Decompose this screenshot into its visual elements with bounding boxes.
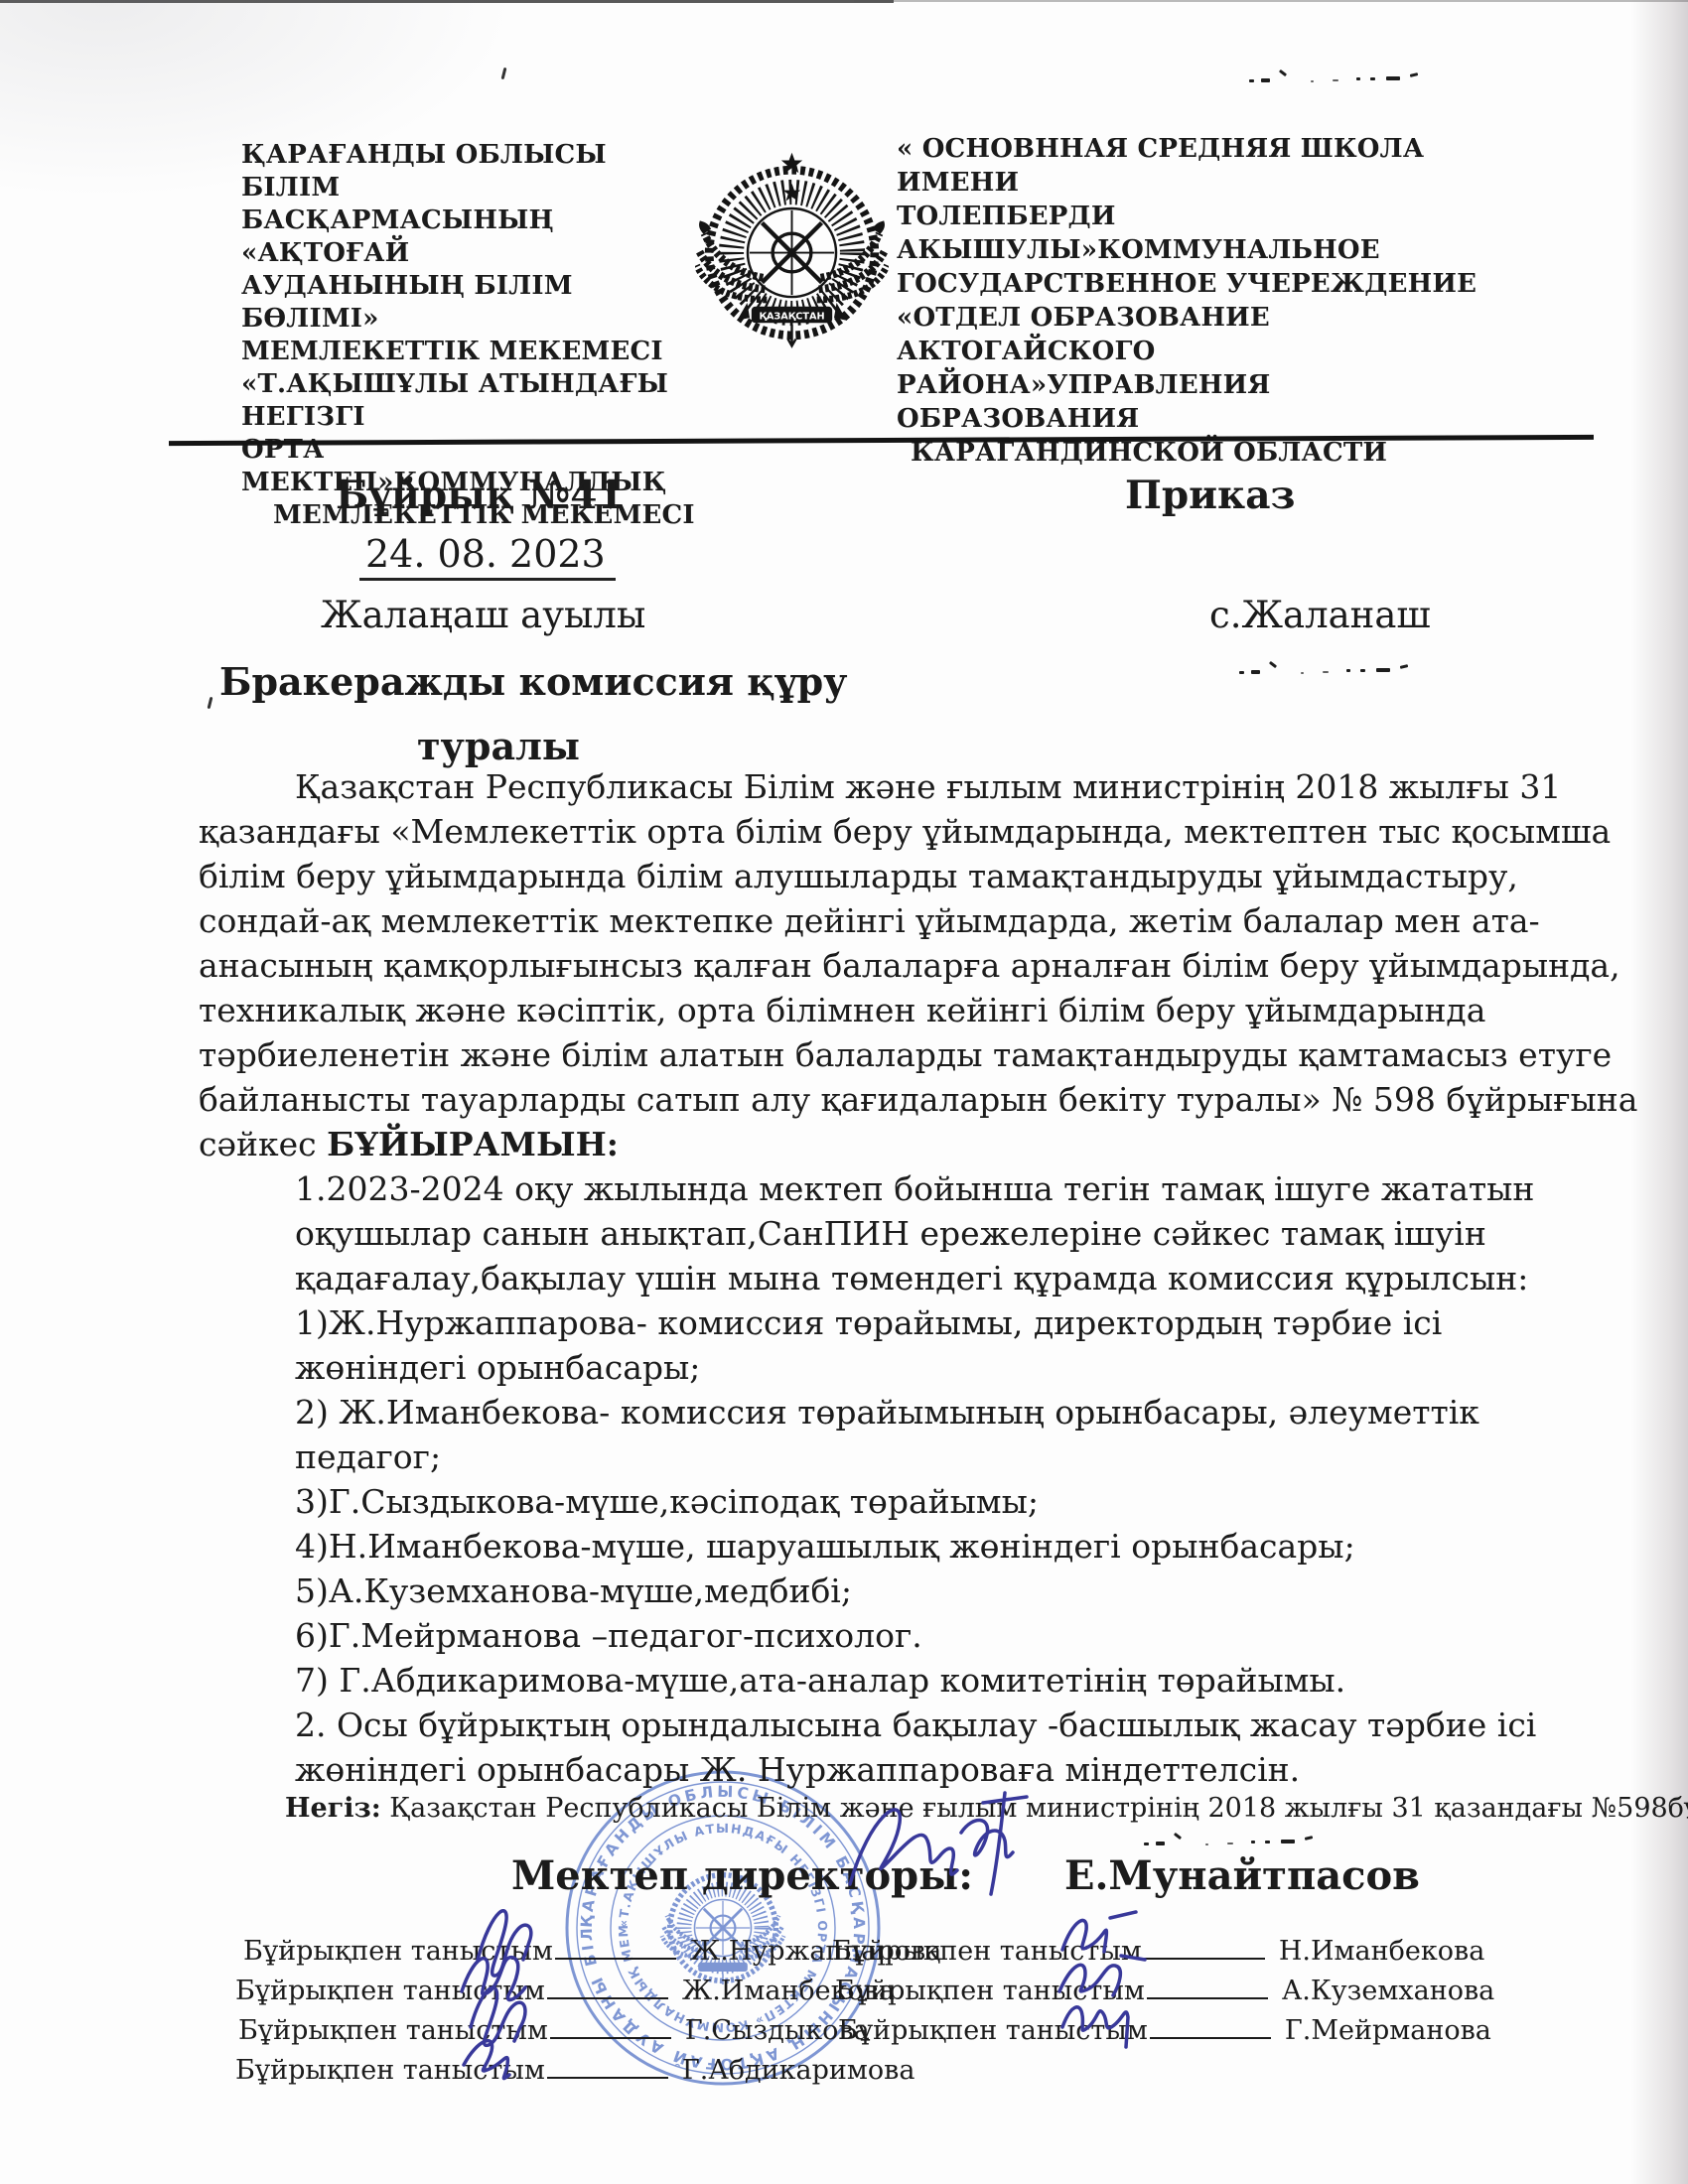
ack-signature bbox=[452, 2009, 561, 2104]
order-title-russian: Приказ bbox=[1125, 473, 1295, 518]
org-name-russian: « ОСНОВННАЯ СРЕДНЯЯ ШКОЛА ИМЕНИ ТОЛЕПБЕР… bbox=[897, 132, 1492, 470]
ack-row: Бұйрықпен таныстымА.Куземханова bbox=[835, 1974, 1494, 2006]
body-line: сондай-ақ мемлекеттік мектепке дейінгі ұ… bbox=[199, 898, 1569, 943]
order-place-kazakh: Жалаңаш ауылы bbox=[321, 594, 645, 636]
ack-row: Бұйрықпен таныстымГ.Абдикаримова bbox=[235, 2053, 914, 2086]
order-date: 24. 08. 2023 bbox=[359, 532, 616, 581]
ack-name: А.Куземханова bbox=[1282, 1976, 1494, 2006]
org-line: «Т.АҚЫШҰЛЫ АТЫНДАҒЫ НЕГІЗГІ bbox=[241, 368, 708, 434]
org-line: ҚАРАҒАНДЫ ОБЛЫСЫ БІЛІМ bbox=[241, 139, 708, 205]
body-line: байланысты тауарларды сатып алу қағидала… bbox=[199, 1077, 1569, 1122]
signature-line bbox=[547, 2053, 668, 2079]
basis-label: Негіз: bbox=[285, 1793, 381, 1824]
body-line: анасының қамқорлығынсыз қалған балаларға… bbox=[199, 943, 1569, 988]
org-line: « ОСНОВННАЯ СРЕДНЯЯ ШКОЛА ИМЕНИ bbox=[897, 132, 1492, 200]
body-resolve-line: сәйкес БҰЙЫРАМЫН: bbox=[199, 1122, 1569, 1166]
signature-line bbox=[1147, 1974, 1268, 1999]
signature-line bbox=[1150, 2013, 1271, 2039]
list-line: 5)А.Куземханова-мүше,медбибі; bbox=[199, 1569, 1569, 1613]
list-line: 2. Осы бұйрықтың орындалысына бақылау -б… bbox=[199, 1703, 1569, 1747]
list-line: 3)Г.Сыздыкова-мүше,кәсіподақ төрайымы; bbox=[199, 1479, 1569, 1524]
ack-row: Бұйрықпен таныстымЖ.Иманбекова bbox=[235, 1974, 895, 2006]
list-line: 1.2023-2024 оқу жылында мектеп бойынша т… bbox=[199, 1166, 1569, 1211]
body-line: білім беру ұйымдарында білім алушыларды … bbox=[199, 854, 1569, 898]
list-line: жөніндегі орынбасары; bbox=[199, 1345, 1569, 1390]
kazakhstan-emblem-icon: ҚАЗАҚСТАН bbox=[695, 147, 889, 364]
emblem-banner-text: ҚАЗАҚСТАН bbox=[759, 311, 824, 322]
org-line: «ОТДЕЛ ОБРАЗОВАНИЕ АКТОГАЙСКОГО bbox=[897, 301, 1492, 368]
order-place-russian: с.Жаланаш bbox=[1209, 594, 1431, 636]
list-line: педагог; bbox=[199, 1434, 1569, 1479]
signature-line bbox=[550, 2013, 671, 2039]
list-line: оқушылар санын анықтап,СанПИН ережелерін… bbox=[199, 1211, 1569, 1256]
resolve-prefix: сәйкес bbox=[199, 1125, 327, 1163]
org-line: РАЙОНА»УПРАВЛЕНИЯ ОБРАЗОВАНИЯ bbox=[897, 368, 1492, 436]
order-body: Қазақстан Республикасы Білім және ғылым … bbox=[199, 764, 1569, 1792]
ack-name: Н.Иманбекова bbox=[1279, 1936, 1484, 1967]
signature-line bbox=[555, 1934, 676, 1960]
list-line: қадағалау,бақылау үшін мына төмендегі құ… bbox=[199, 1256, 1569, 1300]
order-title-kazakh: Бұйрық №41 bbox=[336, 473, 625, 518]
scan-right-edge-shadow bbox=[1630, 0, 1688, 2184]
org-line: МЕМЛЕКЕТТІК МЕКЕМЕСІ bbox=[241, 336, 708, 368]
list-line: 4)Н.Иманбекова-мүше, шаруашылық жөніндег… bbox=[199, 1524, 1569, 1569]
resolve-keyword: БҰЙЫРАМЫН: bbox=[327, 1125, 619, 1163]
order-subject-line1: Бракеражды комиссия құру bbox=[219, 659, 848, 704]
body-line: Қазақстан Республикасы Білім және ғылым … bbox=[199, 764, 1569, 809]
body-line: техникалық және кәсіптік, орта білімнен … bbox=[199, 988, 1569, 1032]
list-line: 6)Г.Мейрманова –педагог-психолог. bbox=[199, 1613, 1569, 1658]
signature-line bbox=[1144, 1934, 1265, 1960]
list-line: жөніндегі орынбасары Ж. Нуржаппароваға м… bbox=[199, 1747, 1569, 1792]
list-line: 7) Г.Абдикаримова-мүше,ата-аналар комите… bbox=[199, 1658, 1569, 1703]
list-line: 2) Ж.Иманбекова- комиссия төрайымының ор… bbox=[199, 1390, 1569, 1434]
org-line: АУДАНЫНЫҢ БІЛІМ БӨЛІМІ» bbox=[241, 270, 708, 336]
org-line: ГОСУДАРСТВЕННОЕ УЧЕРЕЖДЕНИЕ bbox=[897, 267, 1492, 301]
body-line: тәрбиеленетін және білім алатын балалард… bbox=[199, 1032, 1569, 1077]
org-line: ТОЛЕПБЕРДИ АКЫШУЛЫ»КОММУНАЛЬНОЕ bbox=[897, 200, 1492, 267]
signature-line bbox=[547, 1974, 668, 1999]
list-line: 1)Ж.Нуржаппарова- комиссия төрайымы, дир… bbox=[199, 1300, 1569, 1345]
scan-mark bbox=[208, 697, 213, 709]
body-line: қазандағы «Мемлекеттік орта білім беру ұ… bbox=[199, 809, 1569, 854]
scan-top-edge-2 bbox=[854, 0, 1688, 2]
order-subject-line2: туралы bbox=[417, 724, 580, 768]
scanned-order-document: ҚАРАҒАНДЫ ОБЛЫСЫ БІЛІМ БАСҚАРМАСЫНЫҢ «АҚ… bbox=[0, 0, 1688, 2184]
ack-row: Бұйрықпен таныстымГ.Мейрманова bbox=[838, 2013, 1491, 2046]
director-signature bbox=[842, 1787, 1055, 1915]
ack-name: Г.Мейрманова bbox=[1285, 2015, 1491, 2046]
org-line: БАСҚАРМАСЫНЫҢ «АҚТОҒАЙ bbox=[241, 205, 708, 270]
ack-signature bbox=[1055, 1970, 1164, 2064]
ack-name: Г.Абдикаримова bbox=[682, 2055, 915, 2086]
